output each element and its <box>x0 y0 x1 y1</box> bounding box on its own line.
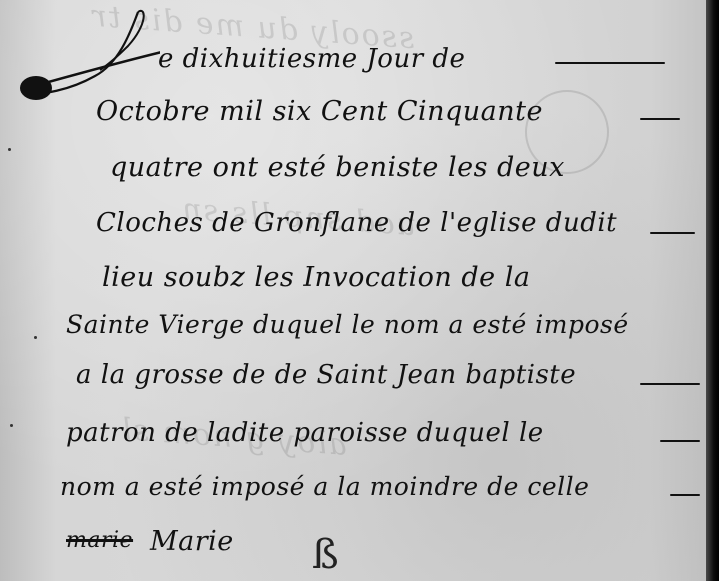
line-filler <box>650 232 695 234</box>
line-filler <box>555 62 665 64</box>
text-line-6: Sainte Vierge duquel le nom a esté impos… <box>66 310 629 339</box>
text-line-1: e dixhuitiesme Jour de <box>158 44 465 74</box>
text-line-5: lieu soubz les Invocation de la <box>102 262 530 293</box>
decorative-initial-l <box>10 4 160 104</box>
signature-mark: ß <box>312 532 339 578</box>
text-line-7: a la grosse de de Saint Jean baptiste <box>76 360 576 390</box>
margin-mark <box>34 336 37 339</box>
text-line-10: Marie <box>150 526 234 557</box>
text-line-2: Octobre mil six Cent Cinquante <box>96 96 543 127</box>
line-filler <box>640 383 700 385</box>
text-line-3: quatre ont esté beniste les deux <box>110 152 565 183</box>
line-filler <box>660 440 700 442</box>
text-line-4: Cloches de Gronflane de l'eglise dudit <box>96 208 617 238</box>
margin-mark <box>10 424 13 427</box>
struck-word: marie <box>66 528 133 553</box>
text-line-9: nom a esté imposé a la moindre de celle <box>60 472 589 501</box>
margin-mark <box>8 148 11 151</box>
text-line-8: patron de ladite paroisse duquel le <box>66 418 544 448</box>
binding-edge <box>706 0 719 581</box>
register-page: ssooly du me dis tr uod snp lls sn aloy … <box>0 0 706 581</box>
line-filler <box>670 494 700 496</box>
line-filler <box>640 118 680 120</box>
